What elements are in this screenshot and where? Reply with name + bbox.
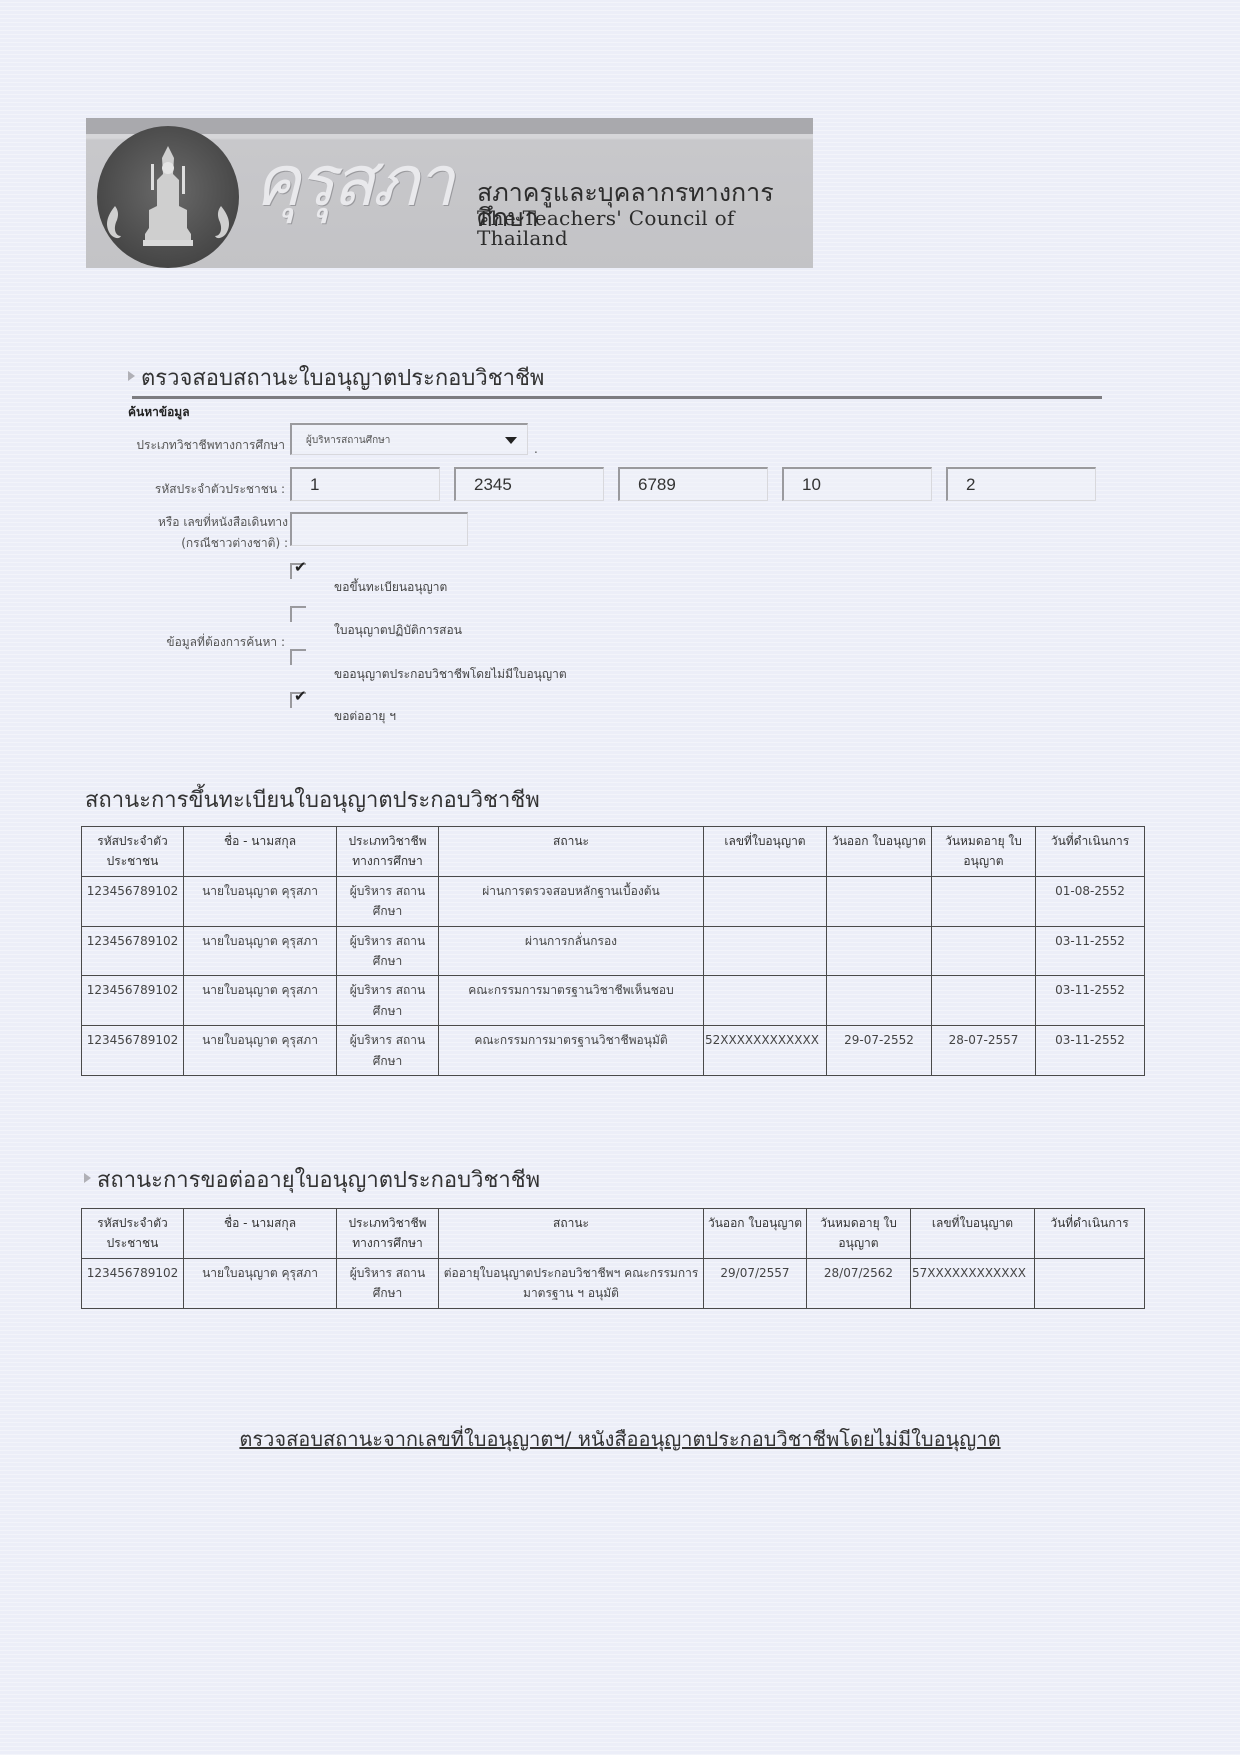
cell-action-date: 03-11-2552 (1036, 976, 1145, 1026)
section-divider (132, 396, 1102, 399)
col-citizen-id: รหัสประจำตัว ประชาชน (82, 1209, 184, 1259)
renewal-status-table: รหัสประจำตัว ประชาชน ชื่อ - นามสกุล ประเ… (81, 1208, 1145, 1309)
table-row: 123456789102 นายใบอนุญาต คุรุสภา ผู้บริห… (82, 1258, 1145, 1308)
col-license-number: เลขที่ใบอนุญาต (704, 827, 827, 877)
table-row: 123456789102 นายใบอนุญาต คุรุสภา ผู้บริห… (82, 976, 1145, 1026)
table-header-row: รหัสประจำตัว ประชาชน ชื่อ - นามสกุล ประเ… (82, 1209, 1145, 1259)
renewal-title-text: สถานะการขอต่ออายุใบอนุญาตประกอบวิชาชีพ (97, 1168, 540, 1193)
cell-license-number (704, 976, 827, 1026)
cell-status: ผ่านการตรวจสอบหลักฐานเบื้องต้น (439, 876, 704, 926)
triangle-bullet-icon (128, 371, 135, 381)
citizen-id-part-1[interactable] (290, 467, 440, 501)
table-row: 123456789102 นายใบอนุญาต คุรุสภา ผู้บริห… (82, 1026, 1145, 1076)
cell-profession: ผู้บริหาร สถานศึกษา (337, 926, 439, 976)
cell-action-date: 03-11-2552 (1036, 926, 1145, 976)
org-name-english: The Teachers' Council of Thailand (477, 208, 813, 248)
cell-full-name: นายใบอนุญาต คุรุสภา (184, 1258, 337, 1308)
cell-action-date: 01-08-2552 (1036, 876, 1145, 926)
col-expiry-date: วันหมดอายุ ใบอนุญาต (807, 1209, 911, 1259)
cell-issue-date: 29-07-2552 (827, 1026, 932, 1076)
passport-number-input[interactable] (292, 514, 471, 547)
cell-status: ผ่านการกลั่นกรอง (439, 926, 704, 976)
option-register-license[interactable]: ขอขึ้นทะเบียนอนุญาต (334, 578, 447, 597)
registration-status-title: สถานะการขึ้นทะเบียนใบอนุญาตประกอบวิชาชีพ (85, 790, 540, 812)
search-subtitle: ค้นหาข้อมูล (128, 403, 190, 422)
council-logo (97, 126, 239, 268)
table-row: 123456789102 นายใบอนุญาต คุรุสภา ผู้บริห… (82, 876, 1145, 926)
search-title-text: ตรวจสอบสถานะใบอนุญาตประกอบวิชาชีพ (141, 366, 544, 391)
garuda-emblem-icon (143, 144, 193, 254)
profession-select[interactable]: ผู้บริหารสถานศึกษา (290, 423, 528, 455)
cell-citizen-id: 123456789102 (82, 1026, 184, 1076)
checkmark-icon: ✔ (294, 689, 307, 704)
search-section-title: ตรวจสอบสถานะใบอนุญาตประกอบวิชาชีพ (128, 368, 544, 390)
cell-license-number: 57XXXXXXXXXXXX (911, 1258, 1035, 1308)
cell-profession: ผู้บริหาร สถานศึกษา (337, 1026, 439, 1076)
col-status: สถานะ (439, 827, 704, 877)
citizen-id-part-2[interactable] (454, 467, 604, 501)
passport-label: หรือ เลขที่หนังสือเดินทาง (กรณีชาวต่างชา… (120, 512, 288, 554)
flame-ornament-right-icon (213, 206, 233, 242)
cell-full-name: นายใบอนุญาต คุรุสภา (184, 976, 337, 1026)
triangle-bullet-icon (84, 1173, 91, 1183)
cell-profession: ผู้บริหาร สถานศึกษา (337, 976, 439, 1026)
option-practice-without-license[interactable]: ขออนุญาตประกอบวิชาชีพโดยไม่มีใบอนุญาต (334, 665, 567, 684)
header-banner: คุรุสภา สภาครูและบุคลากรทางการศึกษา The … (86, 118, 813, 268)
cell-full-name: นายใบอนุญาต คุรุสภา (184, 876, 337, 926)
cell-expiry-date (932, 976, 1036, 1026)
brand-wordmark: คุรุสภา (254, 146, 452, 216)
col-issue-date: วันออก ใบอนุญาต (704, 1209, 807, 1259)
cell-action-date: 03-11-2552 (1036, 1026, 1145, 1076)
cell-full-name: นายใบอนุญาต คุรุสภา (184, 926, 337, 976)
flame-ornament-left-icon (103, 206, 123, 242)
renewal-status-title: สถานะการขอต่ออายุใบอนุญาตประกอบวิชาชีพ (84, 1170, 540, 1192)
col-issue-date: วันออก ใบอนุญาต (827, 827, 932, 877)
required-marker: . (534, 442, 538, 456)
cell-profession: ผู้บริหาร สถานศึกษา (337, 1258, 439, 1308)
citizen-id-input-1[interactable] (292, 469, 439, 500)
footer-link-container: ตรวจสอบสถานะจากเลขที่ใบอนุญาตฯ/ หนังสืออ… (0, 1423, 1240, 1455)
col-status: สถานะ (439, 1209, 704, 1259)
option-renewal[interactable]: ขอต่ออายุ ฯ (334, 707, 396, 726)
cell-license-number: 52XXXXXXXXXXXX (704, 1026, 827, 1076)
option-teaching-permit[interactable]: ใบอนุญาตปฏิบัติการสอน (334, 621, 462, 640)
cell-issue-date: 29/07/2557 (704, 1258, 807, 1308)
cell-expiry-date (932, 876, 1036, 926)
cell-license-number (704, 876, 827, 926)
cell-issue-date (827, 926, 932, 976)
citizen-id-part-3[interactable] (618, 467, 768, 501)
col-full-name: ชื่อ - นามสกุล (184, 827, 337, 877)
cell-status: คณะกรรมการมาตรฐานวิชาชีพเห็นชอบ (439, 976, 704, 1026)
cell-issue-date (827, 976, 932, 1026)
cell-action-date (1035, 1258, 1145, 1308)
check-by-license-number-link[interactable]: ตรวจสอบสถานะจากเลขที่ใบอนุญาตฯ/ หนังสืออ… (239, 1427, 1000, 1451)
col-profession: ประเภทวิชาชีพ ทางการศึกษา (337, 827, 439, 877)
col-profession: ประเภทวิชาชีพ ทางการศึกษา (337, 1209, 439, 1259)
citizen-id-input-4[interactable] (784, 469, 931, 500)
cell-profession: ผู้บริหาร สถานศึกษา (337, 876, 439, 926)
cell-citizen-id: 123456789102 (82, 876, 184, 926)
search-type-label: ข้อมูลที่ต้องการค้นหา : (120, 633, 285, 652)
citizen-id-input-3[interactable] (620, 469, 767, 500)
registration-status-table: รหัสประจำตัว ประชาชน ชื่อ - นามสกุล ประเ… (81, 826, 1145, 1076)
citizen-id-part-5[interactable] (946, 467, 1096, 501)
col-license-number: เลขที่ใบอนุญาต (911, 1209, 1035, 1259)
table-row: 123456789102 นายใบอนุญาต คุรุสภา ผู้บริห… (82, 926, 1145, 976)
citizen-id-input-5[interactable] (948, 469, 1095, 500)
citizen-id-input-2[interactable] (456, 469, 603, 500)
profession-select-value: ผู้บริหารสถานศึกษา (306, 433, 390, 448)
checkbox-renewal[interactable]: ✔ (290, 692, 306, 708)
col-full-name: ชื่อ - นามสกุล (184, 1209, 337, 1259)
cell-citizen-id: 123456789102 (82, 926, 184, 976)
cell-expiry-date: 28-07-2557 (932, 1026, 1036, 1076)
passport-label-line1: หรือ เลขที่หนังสือเดินทาง (120, 512, 288, 533)
cell-full-name: นายใบอนุญาต คุรุสภา (184, 1026, 337, 1076)
cell-citizen-id: 123456789102 (82, 1258, 184, 1308)
table-header-row: รหัสประจำตัว ประชาชน ชื่อ - นามสกุล ประเ… (82, 827, 1145, 877)
chevron-down-icon[interactable] (505, 437, 517, 444)
passport-label-line2: (กรณีชาวต่างชาติ) : (120, 533, 288, 554)
cell-license-number (704, 926, 827, 976)
cell-expiry-date (932, 926, 1036, 976)
cell-expiry-date: 28/07/2562 (807, 1258, 911, 1308)
cell-issue-date (827, 876, 932, 926)
profession-label: ประเภทวิชาชีพทางการศึกษา (120, 436, 285, 455)
col-action-date: วันที่ดำเนินการ (1035, 1209, 1145, 1259)
checkmark-icon: ✔ (294, 560, 307, 575)
checkbox-register-license[interactable]: ✔ (290, 563, 306, 579)
col-expiry-date: วันหมดอายุ ใบอนุญาต (932, 827, 1036, 877)
cell-status: ต่ออายุใบอนุญาตประกอบวิชาชีพฯ คณะกรรมการ… (439, 1258, 704, 1308)
col-action-date: วันที่ดำเนินการ (1036, 827, 1145, 877)
citizen-id-label: รหัสประจำตัวประชาชน : (120, 480, 285, 499)
checkbox-practice-without-license[interactable] (290, 649, 306, 665)
passport-number-field[interactable] (290, 512, 468, 546)
citizen-id-part-4[interactable] (782, 467, 932, 501)
col-citizen-id: รหัสประจำตัว ประชาชน (82, 827, 184, 877)
cell-citizen-id: 123456789102 (82, 976, 184, 1026)
cell-status: คณะกรรมการมาตรฐานวิชาชีพอนุมัติ (439, 1026, 704, 1076)
checkbox-teaching-permit[interactable] (290, 606, 306, 622)
